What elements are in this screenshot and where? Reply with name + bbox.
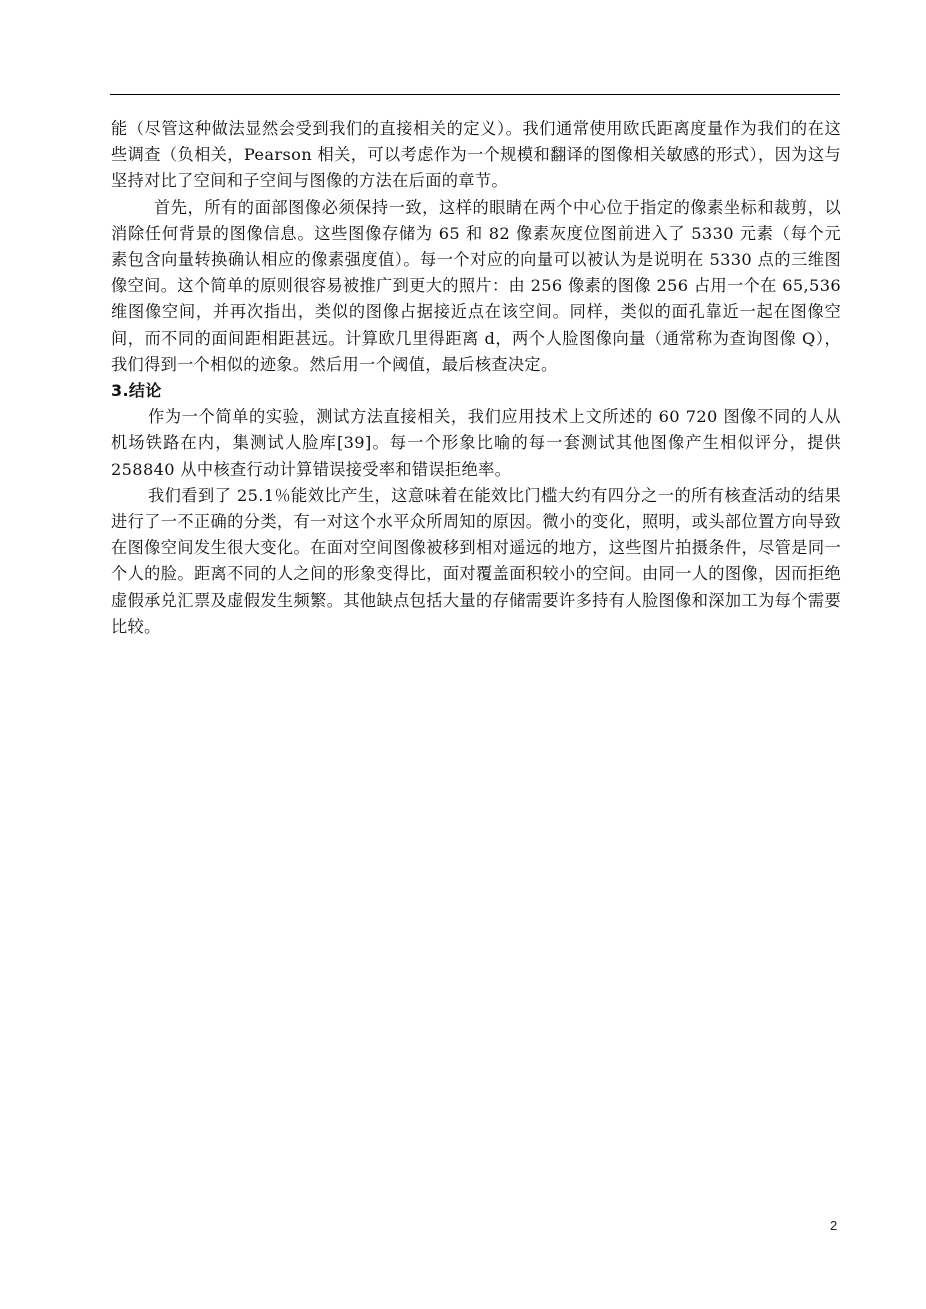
paragraph-results: 我们看到了 25.1％能效比产生，这意味着在能效比门槛大约有四分之一的所有核查活…	[111, 483, 841, 640]
paragraph-continuation: 能（尽管这种做法显然会受到我们的直接相关的定义）。我们通常使用欧氏距离度量作为我…	[111, 116, 841, 195]
section-heading: 3.结论	[111, 378, 841, 404]
document-page: 能（尽管这种做法显然会受到我们的直接相关的定义）。我们通常使用欧氏距离度量作为我…	[0, 0, 926, 1309]
paragraph-experiment: 作为一个简单的实验，测试方法直接相关，我们应用技术上文所述的 60 720 图像…	[111, 404, 841, 483]
paragraph-face-alignment: 首先，所有的面部图像必须保持一致，这样的眼睛在两个中心位于指定的像素坐标和裁剪，…	[111, 195, 841, 378]
body-text: 能（尽管这种做法显然会受到我们的直接相关的定义）。我们通常使用欧氏距离度量作为我…	[111, 116, 841, 640]
header-rule	[110, 94, 840, 95]
page-number: 2	[830, 1218, 837, 1233]
